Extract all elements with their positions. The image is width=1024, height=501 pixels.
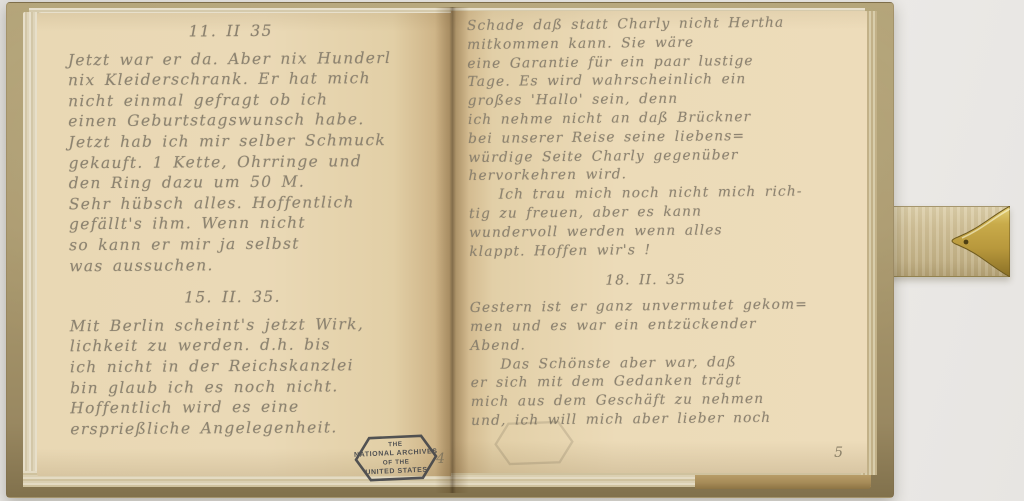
book-gutter	[435, 7, 469, 493]
handwriting-line: was aussuchen.	[69, 253, 425, 276]
entry-date: 18. II. 35	[470, 270, 822, 292]
book-clasp	[880, 206, 1010, 277]
entry-date: 11. II 35	[68, 20, 394, 43]
page-edges-bottom-right	[695, 475, 871, 489]
handwriting-line: den Ring dazu um 50 M.	[69, 171, 425, 194]
clasp-hole	[964, 240, 969, 245]
diary-book: 11. II 35Jetzt war er da. Aber nix Hunde…	[6, 2, 894, 498]
diary-entry: Schade daß statt Charly nicht Herthamitk…	[467, 13, 852, 261]
handwriting-line: bin glaub ich es noch nicht.	[70, 375, 426, 398]
stamp-bleedthrough	[490, 418, 578, 469]
handwriting-line: gekauft. 1 Kette, Ohrringe und	[68, 150, 424, 173]
handwriting-line: Jetzt war er da. Aber nix Hunderl	[68, 47, 424, 70]
page-number-right: 5	[834, 445, 843, 461]
handwriting-line: Mit Berlin scheint's jetzt Wirk,	[70, 313, 426, 336]
left-page-text: 11. II 35Jetzt war er da. Aber nix Hunde…	[68, 18, 427, 440]
clasp-metal-tip	[946, 206, 1010, 277]
entry-date: 15. II. 35.	[69, 286, 395, 309]
handwriting-line: Sehr hübsch alles. Hoffentlich	[69, 192, 425, 215]
handwriting-line: Jetzt hab ich mir selber Schmuck	[68, 130, 424, 153]
right-page: Schade daß statt Charly nicht Herthamitk…	[451, 11, 867, 473]
stamp-line-3: OF THE	[383, 458, 410, 466]
stamp-line-4: UNITED STATES	[365, 467, 428, 477]
handwriting-line: einen Geburtstagswunsch habe.	[68, 109, 424, 132]
handwriting-line: Hoffentlich wird es eine	[70, 396, 426, 419]
handwriting-line: klappt. Hoffen wir's !	[469, 239, 851, 262]
diary-entry: 15. II. 35.Mit Berlin scheint's jetzt Wi…	[69, 286, 426, 440]
handwriting-line: ich nicht in der Reichskanzlei	[70, 355, 426, 378]
diary-entry: 11. II 35Jetzt war er da. Aber nix Hunde…	[68, 20, 426, 277]
handwriting-line: lichkeit zu werden. d.h. bis	[70, 334, 426, 357]
left-page: 11. II 35Jetzt war er da. Aber nix Hunde…	[37, 13, 451, 476]
photo-scene: 11. II 35Jetzt war er da. Aber nix Hunde…	[0, 0, 1024, 501]
diary-entry: 18. II. 35Gestern ist er ganz unvermutet…	[470, 269, 854, 430]
handwriting-line: nix Kleiderschrank. Er hat mich	[68, 68, 424, 91]
stamp-line-1: THE	[388, 441, 403, 449]
stamp-line-2: NATIONAL ARCHIVES	[354, 448, 438, 459]
handwriting-line: so kann er mir ja selbst	[69, 233, 425, 256]
right-page-text: Schade daß statt Charly nicht Herthamitk…	[467, 13, 853, 431]
handwriting-line: nicht einmal gefragt ob ich	[68, 89, 424, 112]
handwriting-line: gefällt's ihm. Wenn nicht	[69, 212, 425, 235]
national-archives-stamp: THE NATIONAL ARCHIVES OF THE UNITED STAT…	[352, 430, 440, 486]
